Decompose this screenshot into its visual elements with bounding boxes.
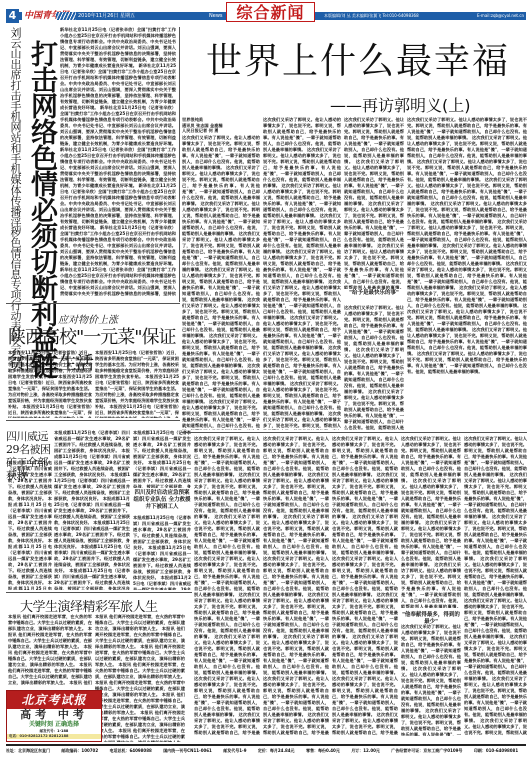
section-divider <box>6 420 180 421</box>
ad-phone: 电话：010-82812172 82812188 <box>7 734 101 739</box>
feature-subhead: "给予是最快乐的事" <box>344 290 404 297</box>
sichuan-subhead: 四川及时启动应急预案 组织专业队伍 全力救援井下被困工人 <box>133 490 191 511</box>
footer-rule <box>6 744 526 746</box>
ad-brand: 北京考试报 <box>7 691 101 709</box>
feature-continued-col4: 这次我们又采访了郭明义。他让人感动的事情太多了，说也说不完。郭明义说，帮助别人就… <box>401 436 461 608</box>
feature-body-col1: 这次我们又采访了郭明义。他让人感动的事情太多了，说也说不完。郭明义说，帮助别人就… <box>182 135 260 430</box>
feature-body-col4: 这次我们又采访了郭明义。他让人感动的事情太多了，说也说不完。郭明义说，帮助别人就… <box>407 117 527 430</box>
section-title: 综合新闻 <box>226 2 315 22</box>
ad-headline: 高考 中考 <box>7 709 101 721</box>
editor-line: 本版编辑/刘 丛 美术编辑/张翼飞 Tel:010-64098368 <box>324 12 419 20</box>
contact-email: E-mail:zqb@cyol.net.cn <box>477 12 524 20</box>
decorative-slashes <box>56 12 76 20</box>
section-divider <box>182 432 527 433</box>
student-body-col1: 本报讯 他们离开校园走进军营，在火热的军营中锤炼自己。大学生士兵以过硬的素质，在… <box>8 614 92 686</box>
page-number: 4 <box>6 9 19 23</box>
feature-body-col3b: 这次我们又采访了郭明义。他让人感动的事情太多了，说也说不完。郭明义说，帮助别人就… <box>344 305 404 430</box>
sichuan-body-col2b: 本报成都11月25日电（记者李斌）四川省威远县一煤矿发生透水事故，29名矿工被困… <box>133 515 191 590</box>
feature-continued-col5: 这次我们又采访了郭明义。他让人感动的事情太多了，说也说不完。郭明义说，帮助别人就… <box>464 436 527 736</box>
sichuan-body-col0: 本报成都11月25日电（记者李斌）四川省威远县一煤矿发生透水事故，29名矿工被困… <box>8 460 52 590</box>
feature-body-col2: 这次我们又采访了郭明义。他让人感动的事情太多了，说也说不完。郭明义说，帮助别人就… <box>263 117 341 430</box>
masthead: 4 中国青年报 2010年11月26日 星期五 News 综合新闻 本版编辑/刘… <box>6 9 526 23</box>
feature-byline: 世界很纯美 通讯员 张志国 金鹿楠 人民日报记者 何 勇 <box>182 117 242 134</box>
feature-title: 世界上什么最幸福 <box>188 33 528 84</box>
sichuan-body-col1: 本报成都11月25日电（记者李斌）四川省威远县一煤矿发生透水事故，29名矿工被困… <box>54 430 130 590</box>
shaanxi-body-col2: 本报西安11月25日电（记者张哲浩）近日，陕西省多所高校食堂推出"一元菜"，保证… <box>95 350 179 418</box>
feature-continued-col4b: 这次我们又采访了郭明义。他让人感动的事情太多了，说也说不完。郭明义说，帮助别人就… <box>401 624 461 736</box>
section-divider <box>6 592 192 593</box>
feature-subtitle: ——再访郭明义(上) <box>330 93 500 116</box>
feature-continued-col2: 这次我们又采访了郭明义。他让人感动的事情太多了，说也说不完。郭明义说，帮助别人就… <box>263 436 329 736</box>
feature-continued-col3: 这次我们又采访了郭明义。他让人感动的事情太多了，说也说不完。郭明义说，帮助别人就… <box>332 436 398 736</box>
student-title: 大学生演绎精彩军旅人生 <box>20 596 158 615</box>
sichuan-body-col2: 本报成都11月25日电（记者李斌）四川省威远县一煤矿发生透水事故，29名矿工被困… <box>133 430 191 488</box>
section-divider <box>6 303 180 304</box>
feature-continued-col1: 这次我们又采访了郭明义。他让人感动的事情太多了，说也说不完。郭明义说，帮助别人就… <box>194 436 260 736</box>
student-body-col2: 本报讯 他们离开校园走进军营，在火热的军营中锤炼自己。大学生士兵以过硬的素质，在… <box>95 614 185 742</box>
ad-tagline: 关键时刻 正确选择 <box>7 721 101 729</box>
news-label: News <box>209 12 223 20</box>
issue-date: 2010年11月26日 星期五 <box>78 12 135 20</box>
shaanxi-body-col1: 本报西安11月25日电（记者张哲浩）近日，陕西省多所高校食堂推出"一元菜"，保证… <box>8 350 92 418</box>
exam-newspaper-ad[interactable]: 北京考试报 高考 中考 关键时刻 正确选择 邮发代号：1-188 电话：010-… <box>6 690 102 742</box>
lead-story-body: 新华社北京11月25日电（记者张辛欣）全国"扫黄打非"工作小组办公室25日在京召… <box>60 27 176 297</box>
column-divider <box>179 27 180 302</box>
footer-info: 社址：北京海淀区东直门 邮政编码：100702 电话总机：64098088 国内… <box>6 747 526 755</box>
feature-body-col3: 这次我们又采访了郭明义。他让人感动的事情太多了，说也说不完。郭明义说，帮助别人就… <box>344 117 404 289</box>
